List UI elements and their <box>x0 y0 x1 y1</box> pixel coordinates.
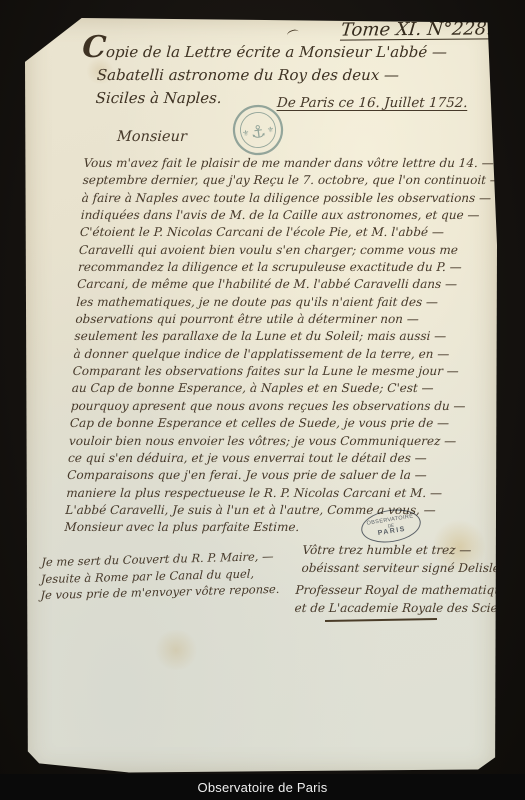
closing-line: obéissant serviteur signé Delisle. <box>301 560 504 578</box>
archive-caption: Observatoire de Paris <box>198 780 328 795</box>
letter-line: à donner quelque indice de l'applatissem… <box>73 346 493 363</box>
letter-line: seulement les parallaxe de la Lune et du… <box>74 328 494 345</box>
letter-line: pourquoy apresent que nous avons reçues … <box>70 398 490 415</box>
letter-line: recommandez la diligence et la scrupuleu… <box>78 259 498 276</box>
letter-line: Cap de bonne Esperance et celles de Sued… <box>69 415 489 432</box>
letter-line: ce qui s'en déduira, et je vous enverrai… <box>68 450 488 467</box>
letter-title-line: Copie de la Lettre écrite a Monsieur L'a… <box>81 36 447 64</box>
letter-line: Caravelli qui avoient bien voulu s'en ch… <box>79 242 499 259</box>
letter-line: indiquées dans l'avis de M. de la Caille… <box>80 207 500 224</box>
letter-dateline: De Paris ce 16. Juillet 1752. <box>277 95 468 111</box>
letter-line: vouloir bien nous envoier les vôtres; je… <box>69 433 489 450</box>
letter-line: maniere la plus respectueuse le R. P. Ni… <box>66 485 486 502</box>
letter-line: Comparaisons que j'en ferai. Je vous pri… <box>67 467 487 484</box>
signature-underline <box>325 618 437 621</box>
caption-band: Observatoire de Paris <box>0 774 525 800</box>
svg-text:⚜: ⚜ <box>242 128 250 138</box>
anchor-fleur-de-lis-stamp-icon: ⚓ ⚜ ⚜ <box>229 101 288 160</box>
letter-line: septembre dernier, que j'ay Reçu le 7. o… <box>82 172 502 189</box>
svg-text:⚓: ⚓ <box>249 122 267 144</box>
archive-scan-page: { "archive": { "volume_label": "Tome XI.… <box>0 0 525 800</box>
letter-salutation: Monsieur <box>117 129 188 145</box>
letter-title-line: Sabatelli astronome du Roy des deux — <box>96 64 446 87</box>
paper-stain <box>153 630 199 670</box>
letter-postscript: Je me sert du Couvert du R. P. Maire, — … <box>40 548 280 604</box>
letter-line: au Cap de bonne Esperance, à Naples et e… <box>71 380 491 397</box>
letter-line: C'étoient le P. Nicolas Carcani de l'éco… <box>79 224 499 241</box>
closing-line: Vôtre trez humble et trez — <box>302 542 505 560</box>
letter-body: Vous m'avez fait le plaisir de me mander… <box>64 155 503 537</box>
signature-block: Professeur Royal de mathematiques et de … <box>294 582 525 617</box>
letter-line: Comparant les observations faites sur la… <box>72 363 492 380</box>
letter-line: Vous m'avez fait le plaisir de me mander… <box>83 155 503 172</box>
signature-line: Professeur Royal de mathematiques <box>295 582 525 600</box>
oval-stamp-text: PARIS <box>377 526 406 537</box>
letter-line: L'abbé Caravelli, Je suis à l'un et à l'… <box>65 502 485 519</box>
letter-line: Carcani, de même que l'habilité de M. l'… <box>77 276 497 293</box>
svg-text:⚜: ⚜ <box>266 125 274 135</box>
signature-line: et de L'academie Royale des Sciences <box>294 600 525 618</box>
letter-line: les mathematiques, je ne doute pas qu'il… <box>76 294 496 311</box>
letter-line: à faire à Naples avec toute la diligence… <box>81 190 501 207</box>
letter-line: observations qui pourront être utile à d… <box>75 311 495 328</box>
letter-closing: Vôtre trez humble et trez — obéissant se… <box>301 542 505 577</box>
manuscript-paper: Tome XI. N°228. Copie de la Lettre écrit… <box>25 18 497 774</box>
letter-line: Monsieur avec la plus parfaite Estime. <box>64 519 484 536</box>
